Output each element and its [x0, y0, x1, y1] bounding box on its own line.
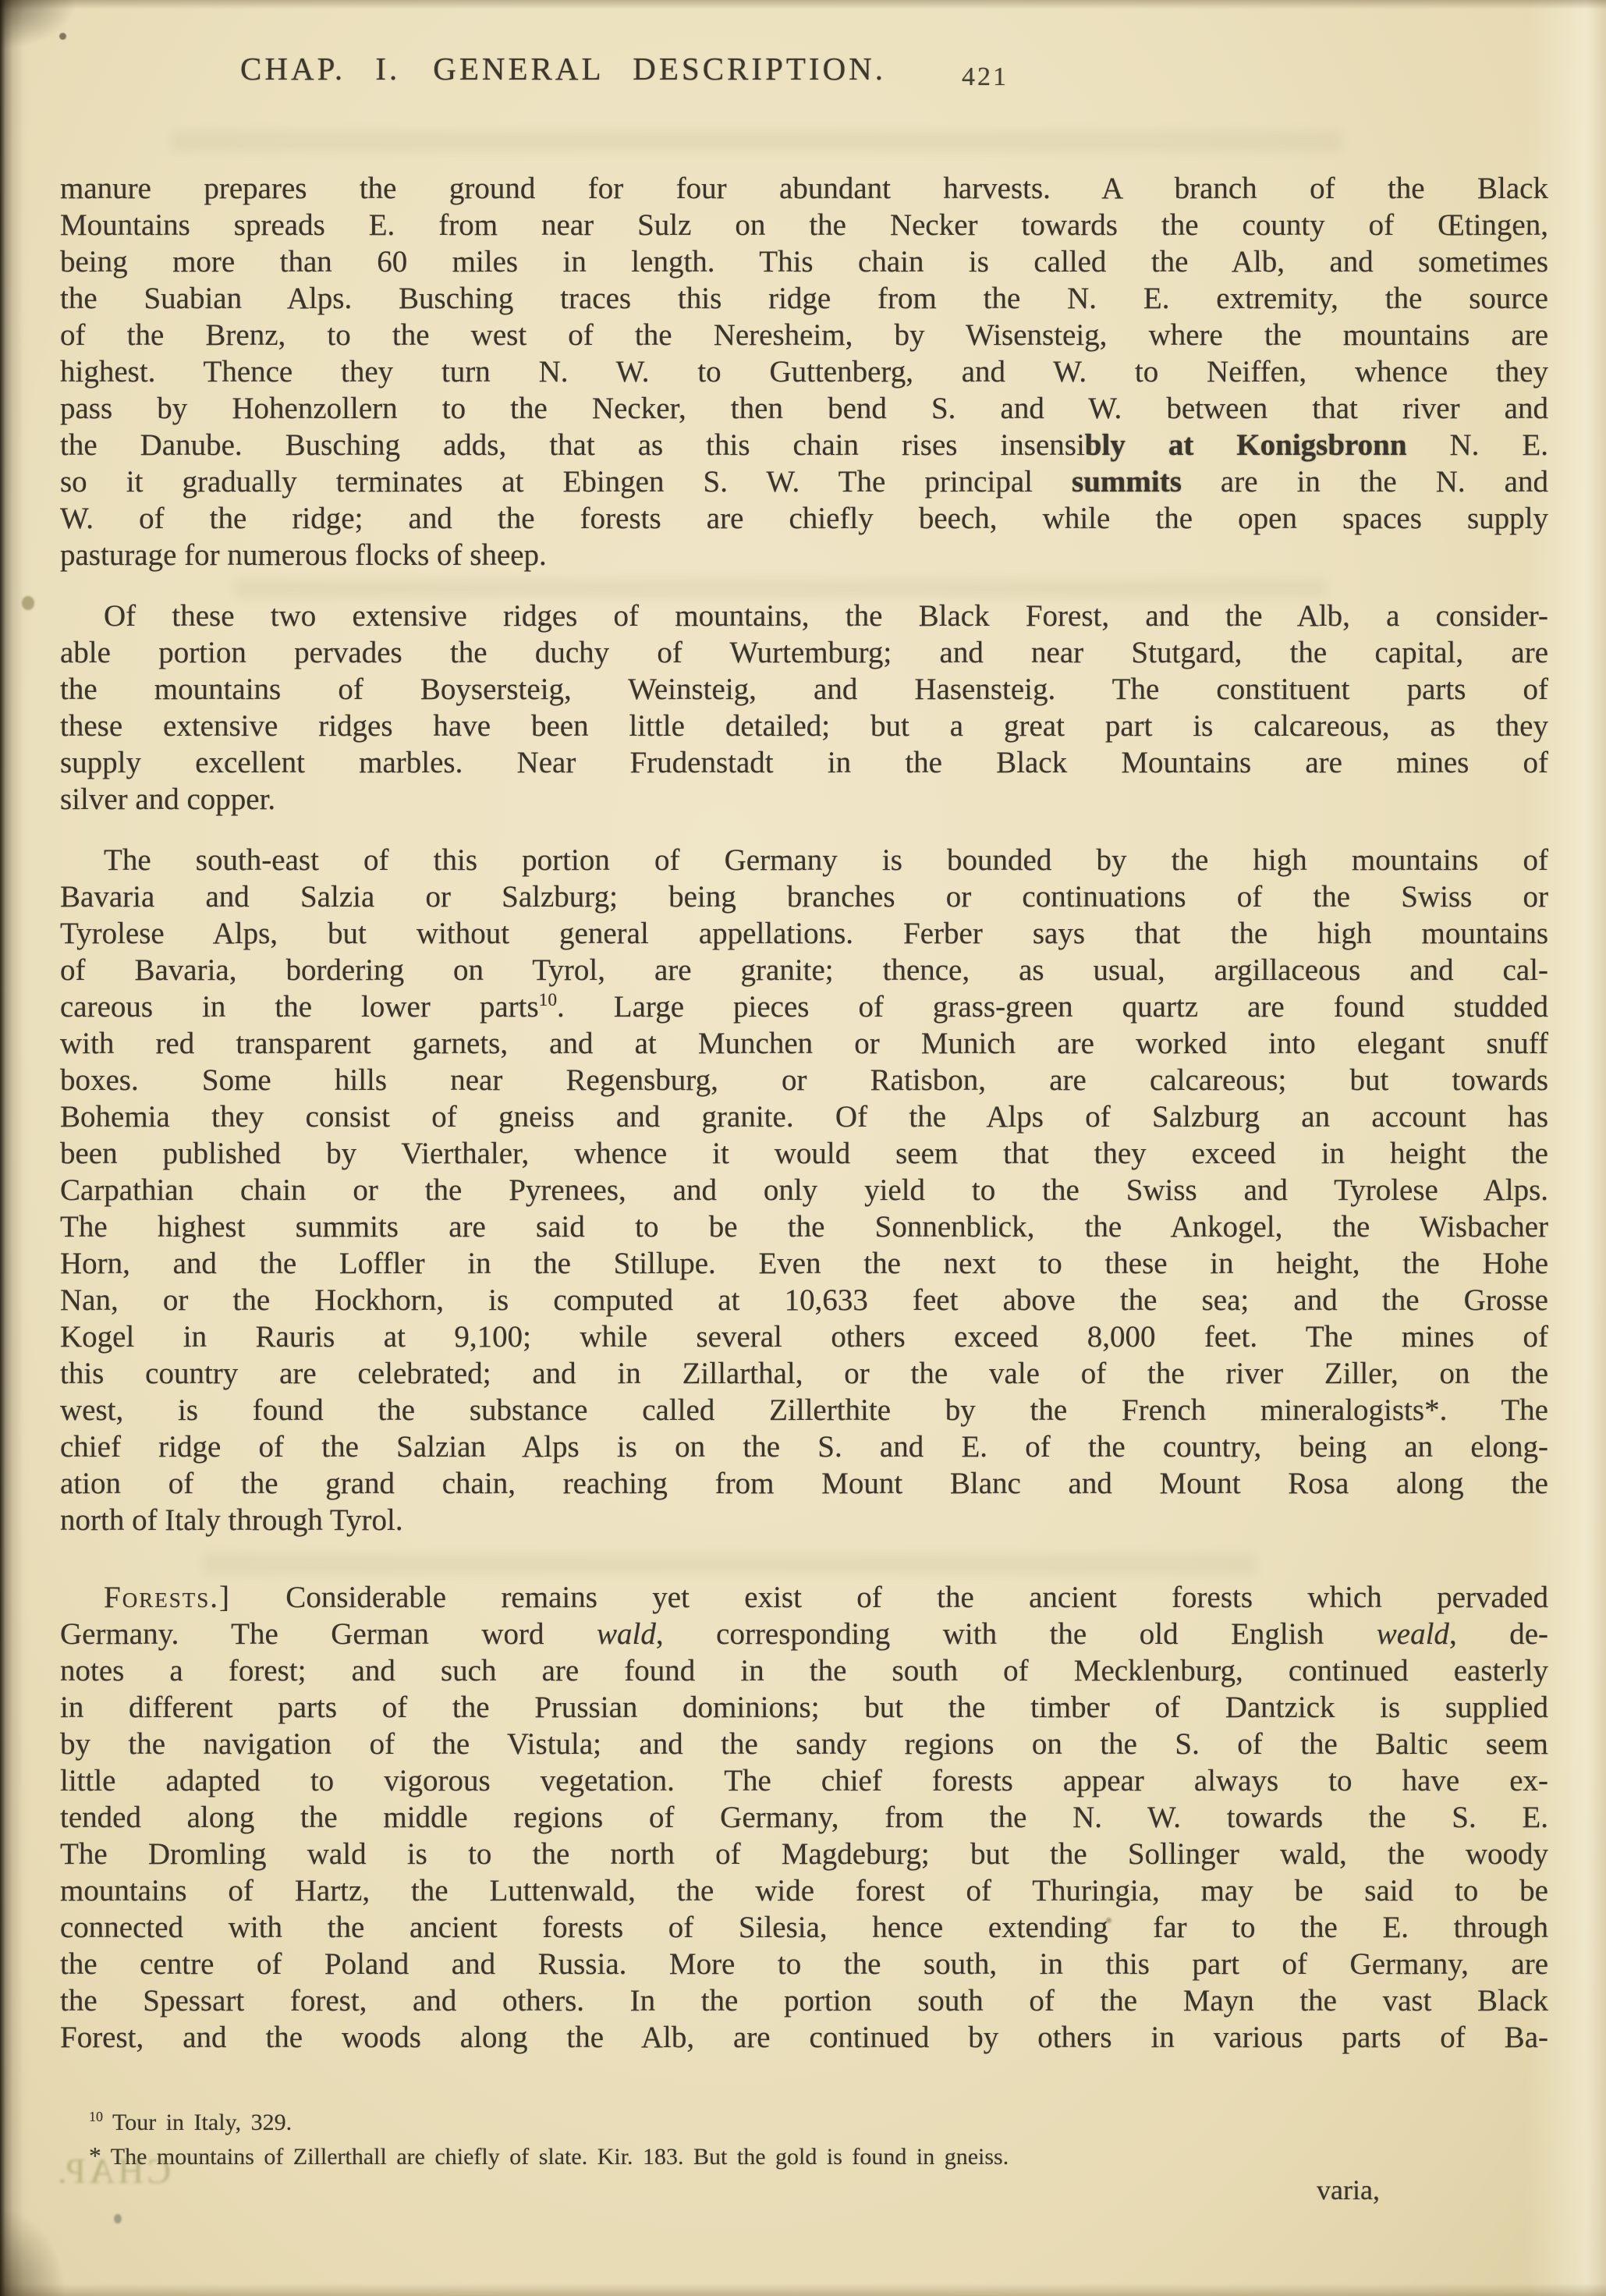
- text-segment: pass by Hohenzollern to the Necker, then…: [60, 392, 1548, 425]
- text-segment: supply excellent marbles. Near Frudensta…: [60, 746, 1548, 779]
- page-title: GENERAL DESCRIPTION.: [433, 50, 886, 87]
- text-segment: Kogel in Rauris at 9,100; while several …: [60, 1320, 1548, 1354]
- text-line: Carpathian chain or the Pyrenees, and on…: [60, 1172, 1548, 1208]
- chapter-heading: CHAP. I.: [240, 50, 400, 87]
- text-segment: the Spessart forest, and others. In the …: [60, 1984, 1548, 2017]
- text-line: chief ridge of the Salzian Alps is on th…: [60, 1428, 1548, 1465]
- book-page: CHAP. I. GENERAL DESCRIPTION. 421 manure…: [0, 0, 1606, 2296]
- text-line: been published by Vierthaler, whence it …: [60, 1135, 1548, 1172]
- text-line: W. of the ridge; and the forests are chi…: [60, 500, 1548, 537]
- paper-speck: [22, 596, 34, 610]
- text-segment: silver and copper.: [60, 782, 275, 816]
- text-segment: The south-east of this portion of German…: [104, 843, 1548, 877]
- text-line: pass by Hohenzollern to the Necker, then…: [60, 390, 1548, 427]
- text-segment: Bohemia they consist of gneiss and grani…: [60, 1100, 1548, 1134]
- text-line: Of these two extensive ridges of mountai…: [60, 598, 1548, 634]
- text-line: ation of the grand chain, reaching from …: [60, 1465, 1548, 1502]
- text-line: able portion pervades the duchy of Wurte…: [60, 634, 1548, 671]
- italic-word: weald: [1377, 1617, 1449, 1651]
- heavy-ink-text: bly at Konigsbronn: [1085, 428, 1407, 462]
- text-segment: of Bavaria, bordering on Tyrol, are gran…: [60, 953, 1548, 987]
- text-line: these extensive ridges have been little …: [60, 708, 1548, 744]
- text-line: Bohemia they consist of gneiss and grani…: [60, 1098, 1548, 1135]
- text-segment: the mountains of Boysersteig, Weinsteig,…: [60, 672, 1548, 706]
- text-line: Mountains spreads E. from near Sulz on t…: [60, 207, 1548, 243]
- text-segment: of the Brenz, to the west of the Nereshe…: [60, 318, 1548, 352]
- text-segment: been published by Vierthaler, whence it …: [60, 1137, 1548, 1170]
- text-segment: the centre of Poland and Russia. More to…: [60, 1947, 1548, 1981]
- text-segment: The Dromling wald is to the north of Mag…: [60, 1837, 1548, 1871]
- text-segment: , corresponding with the old English: [656, 1617, 1377, 1651]
- paper-speck: [59, 33, 66, 40]
- text-segment: able portion pervades the duchy of Wurte…: [60, 636, 1548, 669]
- text-segment: west, is found the substance called Zill…: [60, 1393, 1548, 1427]
- text-line: being more than 60 miles in length. This…: [60, 243, 1548, 280]
- running-header: CHAP. I. GENERAL DESCRIPTION.: [240, 50, 886, 87]
- text-segment: Mountains spreads E. from near Sulz on t…: [60, 208, 1548, 242]
- catchword: varia,: [1317, 2174, 1380, 2206]
- text-line: manure prepares the ground for four abun…: [60, 170, 1548, 207]
- text-segment: connected with the ancient forests of Si…: [60, 1911, 1548, 1944]
- text-line: Horn, and the Loffler in the Stillupe. E…: [60, 1245, 1548, 1282]
- text-line: Bavaria and Salzia or Salzburg; being br…: [60, 878, 1548, 915]
- text-segment: so it gradually terminates at Ebingen S.…: [60, 465, 1072, 499]
- text-segment: chief ridge of the Salzian Alps is on th…: [60, 1430, 1548, 1464]
- text-line: The highest summits are said to be the S…: [60, 1208, 1548, 1245]
- text-segment: Forest, and the woods along the Alb, are…: [60, 2021, 1548, 2054]
- text-segment: by the navigation of the Vistula; and th…: [60, 1727, 1548, 1761]
- paragraph: Of these two extensive ridges of mountai…: [60, 598, 1548, 818]
- text-line: the centre of Poland and Russia. More to…: [60, 1946, 1548, 1982]
- text-segment: careous in the lower parts: [60, 990, 539, 1024]
- text-line: The Dromling wald is to the north of Mag…: [60, 1836, 1548, 1872]
- text-segment: in different parts of the Prussian domin…: [60, 1691, 1548, 1724]
- text-segment: Tyrolese Alps, but without general appel…: [60, 917, 1548, 950]
- text-line: north of Italy through Tyrol.: [60, 1502, 1548, 1538]
- text-line: pasturage for numerous flocks of sheep.: [60, 537, 1548, 573]
- footnote-text: Tour in Italy, 329.: [112, 2110, 292, 2135]
- text-line: boxes. Some hills near Regensburg, or Ra…: [60, 1062, 1548, 1098]
- text-line: silver and copper.: [60, 781, 1548, 818]
- paragraph: manure prepares the ground for four abun…: [60, 170, 1548, 573]
- text-line: careous in the lower parts10. Large piec…: [60, 988, 1548, 1025]
- text-segment: Of these two extensive ridges of mountai…: [104, 599, 1548, 633]
- text-line: the Spessart forest, and others. In the …: [60, 1982, 1548, 2019]
- showthrough-text: CHAP.: [55, 2150, 171, 2191]
- text-segment: little adapted to vigorous vegetation. T…: [60, 1764, 1548, 1797]
- text-segment: Nan, or the Hockhorn, is computed at 10,…: [60, 1283, 1548, 1317]
- text-segment: being more than 60 miles in length. This…: [60, 245, 1548, 279]
- footnote-text: The mountains of Zillerthall are chiefly…: [111, 2144, 1009, 2170]
- footnote: 10Tour in Italy, 329.: [89, 2106, 1501, 2139]
- text-segment: The highest summits are said to be the S…: [60, 1210, 1548, 1244]
- text-segment: pasturage for numerous flocks of sheep.: [60, 538, 547, 572]
- text-segment: with red transparent garnets, and at Mun…: [60, 1027, 1548, 1060]
- text-segment: Horn, and the Loffler in the Stillupe. E…: [60, 1247, 1548, 1280]
- text-line: so it gradually terminates at Ebingen S.…: [60, 463, 1548, 500]
- text-segment: these extensive ridges have been little …: [60, 709, 1548, 743]
- text-segment: N. E.: [1407, 428, 1548, 462]
- text-line: Germany. The German word wald, correspon…: [60, 1616, 1548, 1652]
- text-line: little adapted to vigorous vegetation. T…: [60, 1762, 1548, 1799]
- showthrough-smudge: [172, 131, 1342, 151]
- text-line: the mountains of Boysersteig, Weinsteig,…: [60, 671, 1548, 708]
- text-segment: highest. Thence they turn N. W. to Gutte…: [60, 355, 1548, 389]
- text-line: mountains of Hartz, the Luttenwald, the …: [60, 1872, 1548, 1909]
- text-line: highest. Thence they turn N. W. to Gutte…: [60, 353, 1548, 390]
- text-line: of Bavaria, bordering on Tyrol, are gran…: [60, 952, 1548, 988]
- text-segment: notes a forest; and such are found in th…: [60, 1654, 1548, 1687]
- footnote-ref: 10: [539, 990, 557, 1010]
- text-line: of the Brenz, to the west of the Nereshe…: [60, 317, 1548, 353]
- footnote: *The mountains of Zillerthall are chiefl…: [89, 2139, 1501, 2174]
- text-line: Tyrolese Alps, but without general appel…: [60, 915, 1548, 952]
- paper-speck: [114, 2214, 122, 2223]
- text-segment: . Large pieces of grass-green quartz are…: [557, 990, 1548, 1024]
- page-number: 421: [962, 62, 1009, 92]
- text-line: supply excellent marbles. Near Frudensta…: [60, 744, 1548, 781]
- text-segment: manure prepares the ground for four abun…: [60, 172, 1548, 205]
- text-segment: Bavaria and Salzia or Salzburg; being br…: [60, 880, 1548, 914]
- text-line: with red transparent garnets, and at Mun…: [60, 1025, 1548, 1062]
- text-line: Forests.] Considerable remains yet exist…: [60, 1579, 1548, 1616]
- footnotes: 10Tour in Italy, 329. *The mountains of …: [89, 2106, 1501, 2174]
- text-segment: ation of the grand chain, reaching from …: [60, 1467, 1548, 1500]
- text-line: connected with the ancient forests of Si…: [60, 1909, 1548, 1946]
- text-line: in different parts of the Prussian domin…: [60, 1689, 1548, 1726]
- text-line: Forest, and the woods along the Alb, are…: [60, 2019, 1548, 2056]
- text-line: tended along the middle regions of Germa…: [60, 1799, 1548, 1836]
- text-segment: Carpathian chain or the Pyrenees, and on…: [60, 1173, 1548, 1207]
- text-segment: Considerable remains yet exist of the an…: [231, 1581, 1548, 1614]
- heavy-ink-text: summits: [1072, 465, 1182, 499]
- footnote-marker: 10: [89, 2109, 103, 2124]
- text-segment: mountains of Hartz, the Luttenwald, the …: [60, 1874, 1548, 1907]
- page-body: manure prepares the ground for four abun…: [60, 170, 1548, 2080]
- text-segment: boxes. Some hills near Regensburg, or Ra…: [60, 1063, 1548, 1097]
- text-line: this country are celebrated; and in Zill…: [60, 1355, 1548, 1392]
- text-line: the Suabian Alps. Busching traces this r…: [60, 280, 1548, 317]
- paragraph: Forests.] Considerable remains yet exist…: [60, 1579, 1548, 2056]
- smallcaps-label: Forests.]: [104, 1581, 231, 1614]
- text-line: the Danube. Busching adds, that as this …: [60, 427, 1548, 463]
- text-segment: north of Italy through Tyrol.: [60, 1503, 403, 1537]
- text-line: west, is found the substance called Zill…: [60, 1392, 1548, 1428]
- text-line: by the navigation of the Vistula; and th…: [60, 1726, 1548, 1762]
- text-segment: W. of the ridge; and the forests are chi…: [60, 502, 1548, 535]
- text-segment: tended along the middle regions of Germa…: [60, 1801, 1548, 1834]
- text-line: Nan, or the Hockhorn, is computed at 10,…: [60, 1282, 1548, 1318]
- text-segment: the Danube. Busching adds, that as this …: [60, 428, 1085, 462]
- paragraph: The south-east of this portion of German…: [60, 842, 1548, 1538]
- text-segment: the Suabian Alps. Busching traces this r…: [60, 282, 1548, 315]
- text-segment: , de-: [1449, 1617, 1548, 1651]
- italic-word: wald: [597, 1617, 656, 1651]
- text-segment: are in the N. and: [1182, 465, 1548, 499]
- text-line: Kogel in Rauris at 9,100; while several …: [60, 1318, 1548, 1355]
- text-segment: Germany. The German word: [60, 1617, 597, 1651]
- text-line: The south-east of this portion of German…: [60, 842, 1548, 878]
- text-line: notes a forest; and such are found in th…: [60, 1652, 1548, 1689]
- text-segment: this country are celebrated; and in Zill…: [60, 1357, 1548, 1390]
